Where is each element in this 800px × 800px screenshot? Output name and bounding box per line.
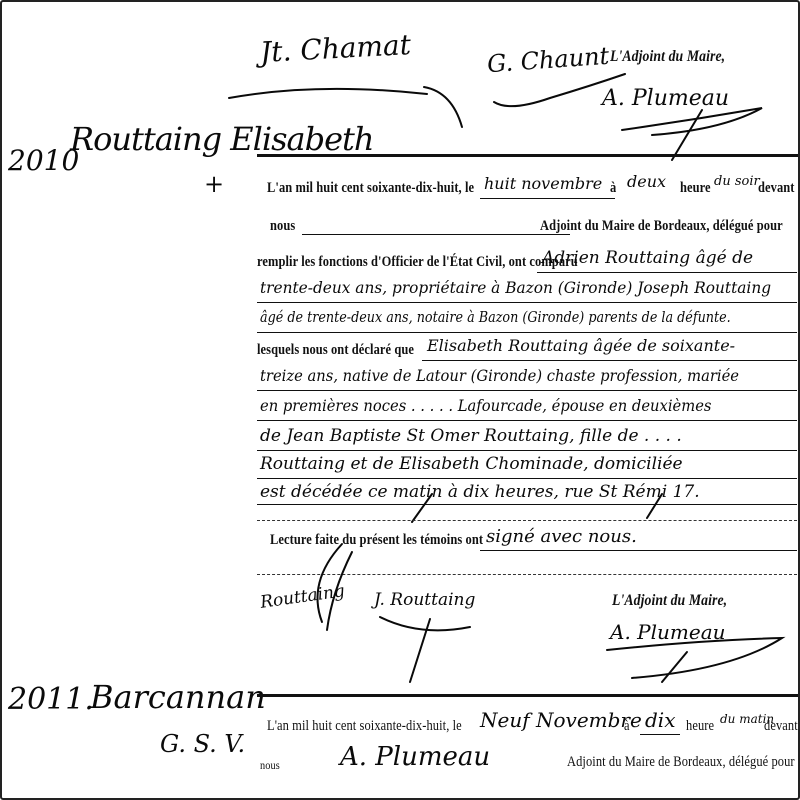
margin-name: Barcannan [90, 678, 266, 716]
handwritten-hour: deux [627, 172, 666, 191]
adjoint-label-top: L'Adjoint du Maire, [610, 48, 725, 66]
fill-line [422, 360, 797, 361]
section-divider [257, 154, 800, 157]
section-divider [257, 694, 800, 697]
handwritten-text: Routtaing et de Elisabeth Chominade, dom… [260, 454, 683, 474]
fill-line [257, 478, 797, 479]
printed-text: heure [680, 180, 711, 197]
printed-text: remplir les fonctions d'Officier de l'Ét… [257, 254, 578, 271]
entry-number: 2011. [8, 682, 94, 717]
printed-text: Adjoint du Maire de Bordeaux, délégué po… [540, 218, 783, 235]
printed-text: devant [764, 718, 798, 735]
fill-line [257, 332, 797, 333]
handwritten-text: trente-deux ans, propriétaire à Bazon (G… [260, 278, 771, 297]
handwritten-text: en premières noces . . . . . Lafourcade,… [260, 396, 711, 415]
handwritten-ampm: du soir [714, 174, 760, 189]
signature-flourish [227, 80, 427, 120]
printed-text: devant [758, 180, 795, 197]
registry-page: Jt. Chamat G. Chaunt L'Adjoint du Maire,… [0, 0, 800, 800]
signature-flourish [370, 607, 480, 687]
fill-line [537, 272, 797, 273]
fill-line [640, 734, 680, 735]
signature-flourish [612, 100, 772, 150]
section-divider [257, 520, 797, 521]
handwritten-text: treize ans, native de Latour (Gironde) c… [260, 366, 739, 385]
adjoint-label: L'Adjoint du Maire, [612, 592, 727, 610]
fill-line [257, 390, 797, 391]
signature-flourish [422, 82, 482, 132]
fill-line [257, 450, 797, 451]
printed-text: nous [260, 758, 280, 773]
handwritten-text: âgé de trente-deux ans, notaire à Bazon … [260, 308, 731, 326]
fill-line [257, 302, 797, 303]
handwritten-date: Neuf Novembre [480, 708, 642, 732]
fill-line [302, 234, 570, 235]
fill-line [257, 420, 797, 421]
printed-text: à [610, 180, 616, 197]
printed-text: L'an mil huit cent soixante-dix-huit, le [267, 718, 462, 735]
handwritten-text: de Jean Baptiste St Omer Routtaing, fill… [260, 426, 682, 446]
handwritten-officer: A. Plumeau [340, 742, 490, 772]
handwritten-date: huit novembre [484, 174, 602, 193]
margin-mark: + [204, 170, 224, 198]
printed-text: à [624, 718, 630, 735]
fill-line [480, 550, 797, 551]
margin-initials: G. S. V. [160, 730, 245, 758]
signature-flourish [602, 630, 792, 685]
printed-text: nous [270, 218, 295, 235]
handwritten-text: Adrien Routtaing âgé de [542, 248, 753, 268]
printed-text: L'an mil huit cent soixante-dix-huit, le [267, 180, 474, 197]
printed-text: Adjoint du Maire de Bordeaux, délégué po… [567, 754, 795, 771]
entry-number: 2010 [8, 144, 79, 177]
printed-text: lesquels nous ont déclaré que [257, 342, 414, 359]
fill-line [480, 198, 615, 199]
printed-text: heure [686, 718, 714, 735]
handwritten-text: signé avec nous. [486, 526, 637, 547]
handwritten-hour: dix [645, 708, 675, 732]
handwritten-text: Elisabeth Routtaing âgée de soixante- [427, 336, 735, 355]
top-signature-1: Jt. Chamat [259, 28, 411, 69]
signature-flourish [302, 542, 362, 632]
margin-name: Routtaing Elisabeth [70, 120, 373, 158]
